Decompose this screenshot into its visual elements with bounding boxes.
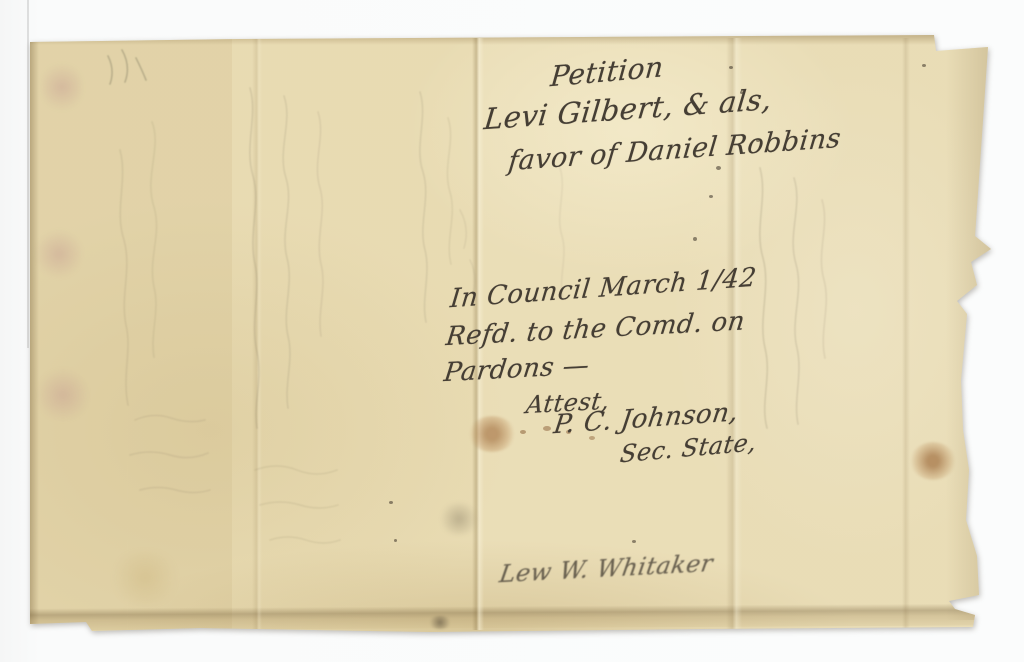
stain-dot [543,426,551,431]
paper-sheet: Petition Levi Gilbert, & als, favor of D… [0,0,1024,662]
docket-title: Petition [549,50,665,93]
fold-crease-far-right [902,38,910,630]
blotch-bottom-edge [428,616,452,629]
stain-dot [520,430,526,434]
ink-speck [632,540,636,543]
ink-speck [709,195,713,198]
ink-speck [716,166,721,170]
scanned-document-canvas: Petition Levi Gilbert, & als, favor of D… [0,0,1024,662]
paper-shadow-wrap: Petition Levi Gilbert, & als, favor of D… [0,0,1024,662]
ink-speck [729,66,733,69]
pardons-line: Pardons — [442,350,591,388]
ink-speck [389,501,393,504]
stain-pink-mid-left [36,228,82,280]
smudge-gray-center [438,503,480,535]
paper-right-edge-shade [946,45,992,620]
stain-pink-lower-left [38,366,88,424]
stain-brown-right [910,442,956,480]
council-date-line: In Council March 1/42 [449,263,758,315]
ink-speck [394,539,397,542]
fold-crease-left [252,38,262,630]
stain-brown-center [468,416,516,452]
ink-speck [693,237,697,241]
stain-yellow-bottom-left [108,552,182,604]
stain-pink-top-left [42,60,82,114]
paper-top-edge-shade [30,35,988,45]
faint-signature: Lew W. Whitaker [498,549,716,588]
bottom-fold-crease [30,604,975,631]
paper-left-edge-shade [30,40,39,626]
docket-petitioners: Levi Gilbert, & als, [482,82,773,136]
referral-line: Refd. to the Comd. on [444,306,747,352]
ink-speck [922,64,926,67]
